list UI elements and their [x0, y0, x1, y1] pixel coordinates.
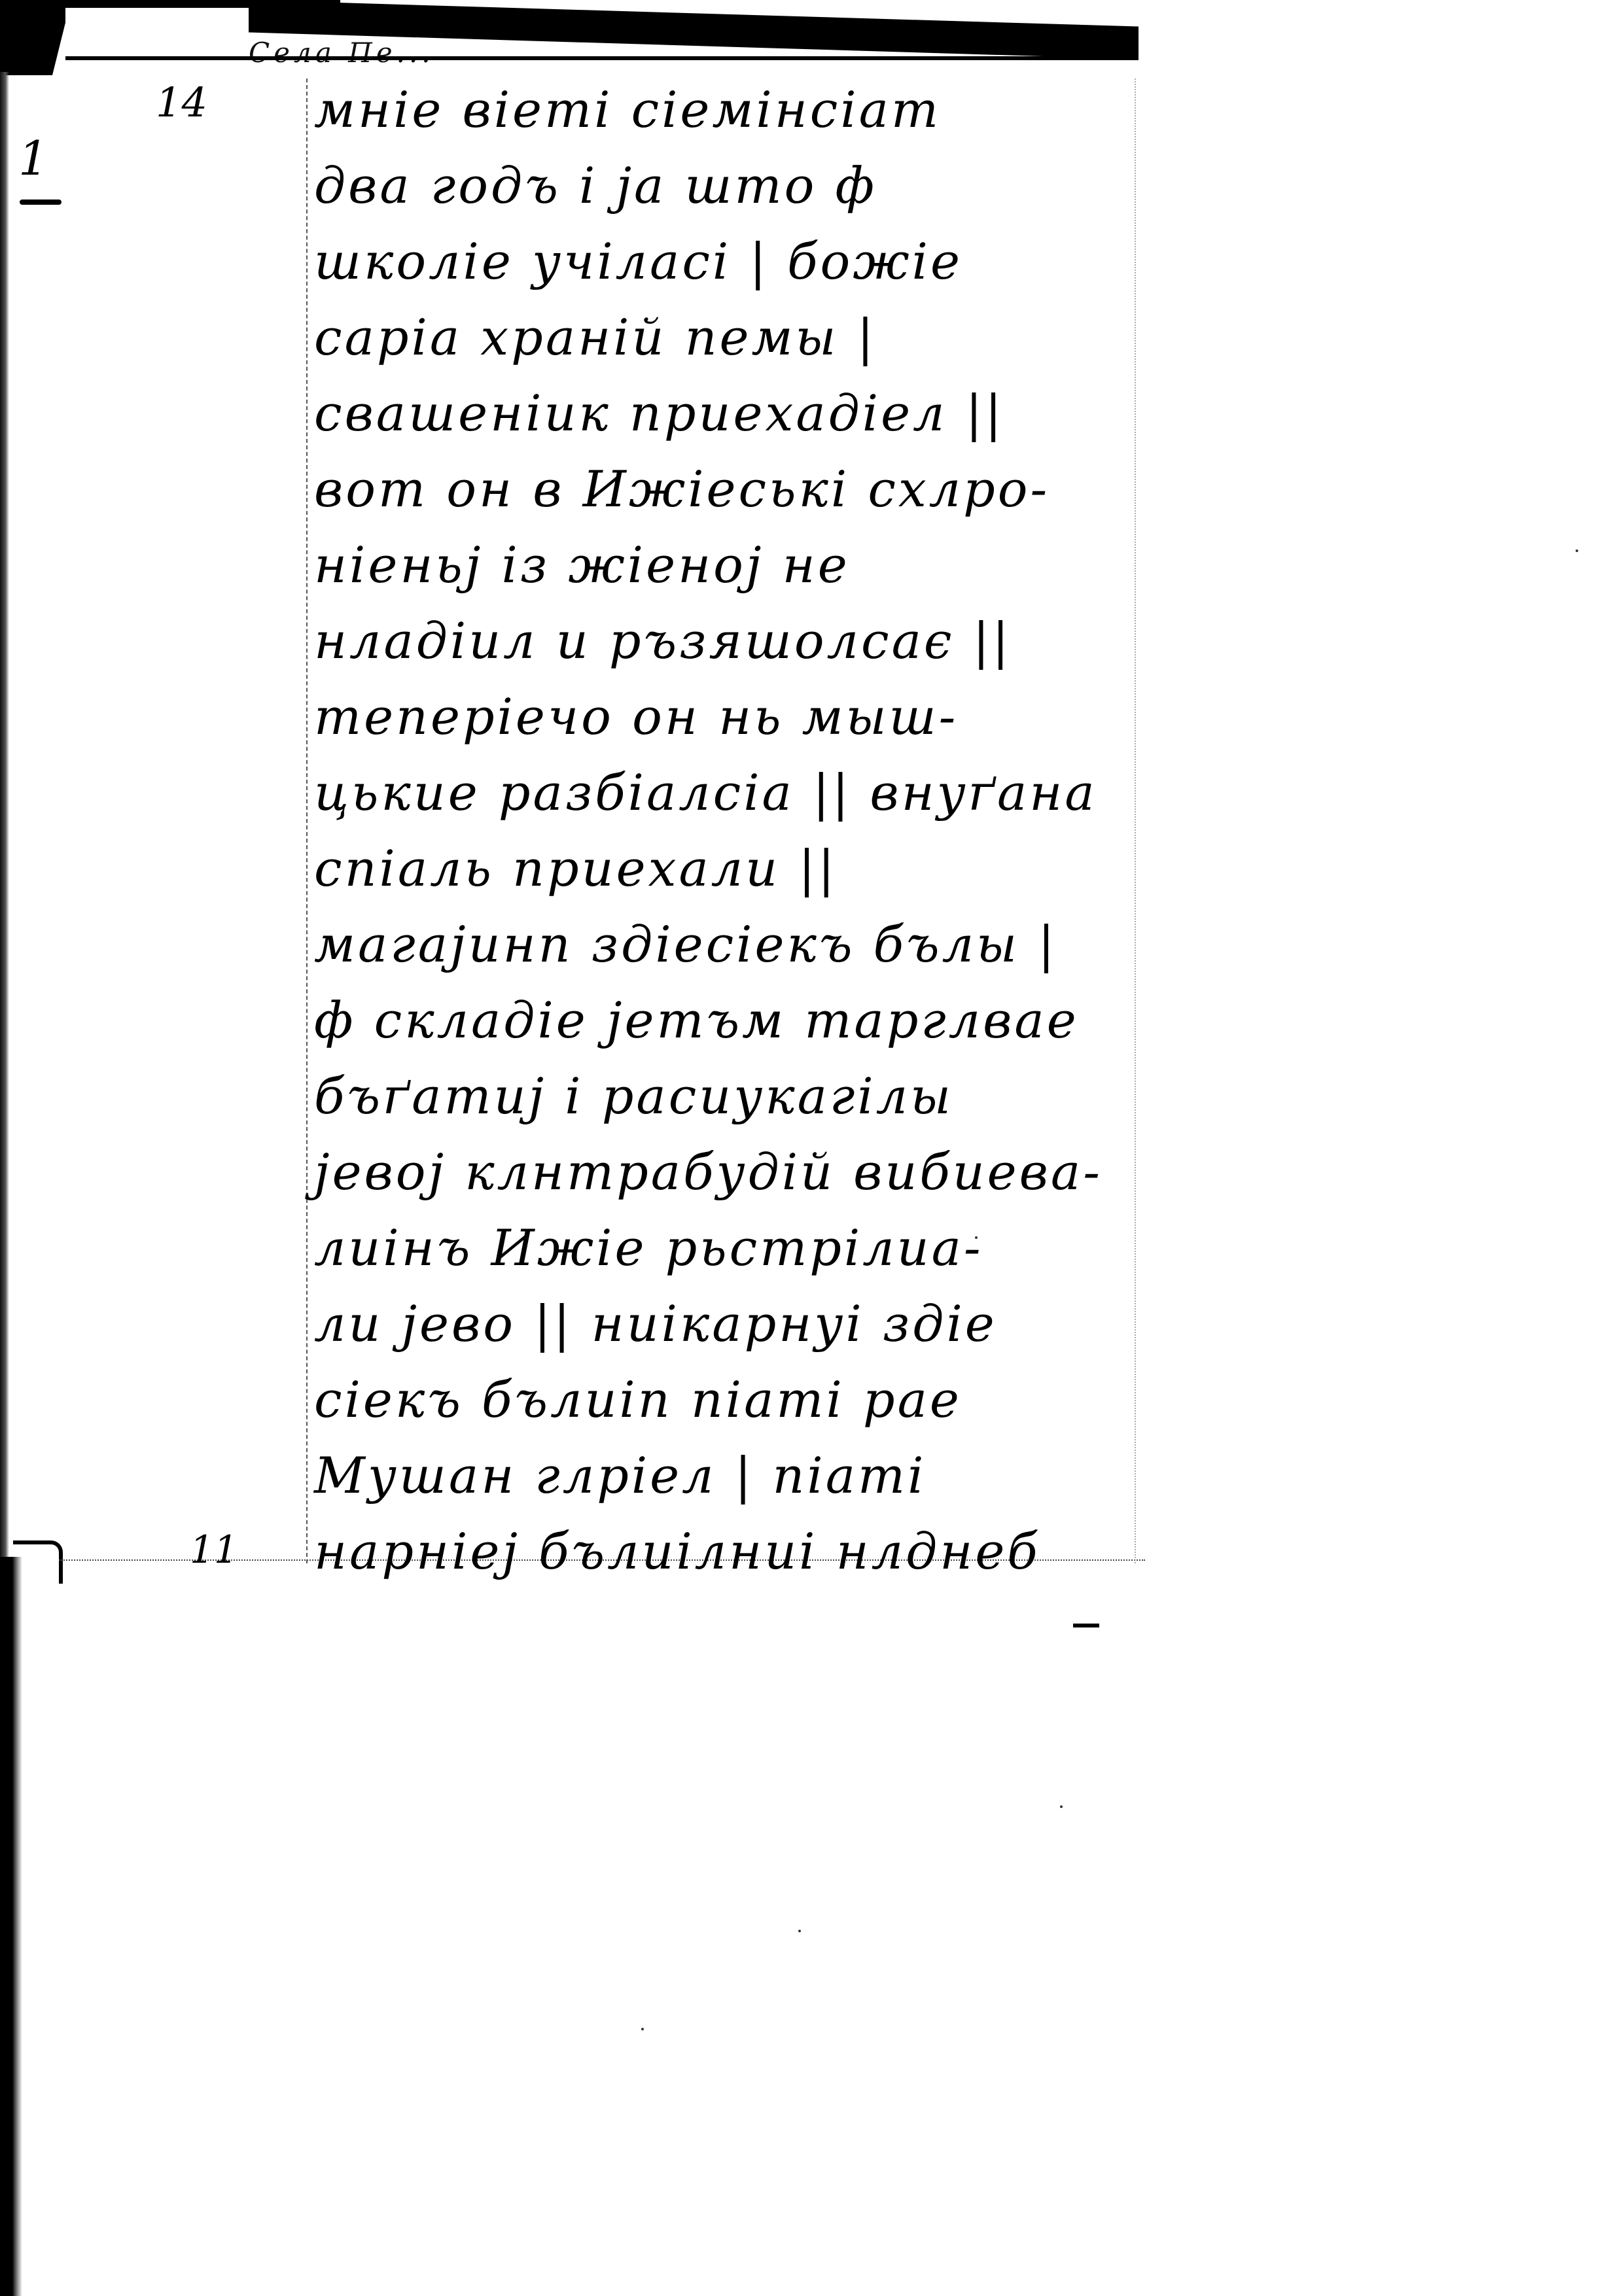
text-line: јевој клнтрабудій вибиева-: [314, 1134, 1132, 1210]
text-line: магајинп здіесіекъ бълы |: [314, 907, 1132, 983]
text-line: бъґатиј і расиукагілы: [314, 1058, 1132, 1134]
stray-mark: [1073, 1624, 1099, 1627]
scan-top-edge: [0, 0, 340, 8]
scan-left-shadow: [0, 1557, 22, 2296]
text-line: ніеньј із жіеној не: [314, 527, 1132, 603]
text-line: цькие разбіалсіа || внуґана: [314, 755, 1132, 831]
text-line: сіекъ бълиіп піаті рае: [314, 1362, 1132, 1438]
text-line: теперіечо он нь мыш-: [314, 679, 1132, 755]
handwritten-text-block: мніе віеті сіемінсіат два годъ і ја што …: [314, 72, 1132, 1590]
scan-speck: [798, 1930, 801, 1932]
text-line: нарніеј бълиілниі нлднеб: [314, 1514, 1132, 1590]
scan-speck: [1060, 1805, 1063, 1808]
text-line: два годъ і ја што ф: [314, 148, 1132, 224]
section-number: 1: [18, 131, 48, 186]
text-line: лиінъ Ижіе рьстрілиа-: [314, 1210, 1132, 1286]
text-line: нладіил и ръзяшолсає ||: [314, 603, 1132, 679]
scan-speck: [1576, 549, 1578, 552]
scan-speck: [641, 2028, 644, 2030]
text-line: мніе віеті сіемінсіат: [314, 72, 1132, 148]
scan-speck: [975, 1236, 978, 1239]
page-number-bottom: 11: [190, 1527, 238, 1572]
text-line: свашеніик приехадіел ||: [314, 375, 1132, 451]
text-line: ли јево || ниікарнуі здіе: [314, 1286, 1132, 1362]
text-line: Мушан глріел | піаті: [314, 1438, 1132, 1514]
section-number-underline: [20, 200, 62, 205]
underlying-page-text: Села Пе...: [249, 37, 434, 69]
page-corner-curl: [13, 1540, 63, 1584]
margin-line: [306, 78, 308, 1563]
text-line: саріа храній пемы |: [314, 300, 1132, 375]
text-line: школіе учіласі | божіе: [314, 224, 1132, 300]
page-right-edge: [1135, 78, 1136, 1563]
text-line: вот он в Ижіеські схлро-: [314, 451, 1132, 527]
scan-top-left-shadow: [0, 0, 65, 75]
text-line: спіаль приехали ||: [314, 831, 1132, 907]
scan-left-edge: [0, 72, 9, 1583]
page-top-edge-line: [65, 56, 1139, 60]
page-number-top: 14: [156, 78, 207, 126]
text-line: ф складіе јетъм тарглвае: [314, 983, 1132, 1058]
